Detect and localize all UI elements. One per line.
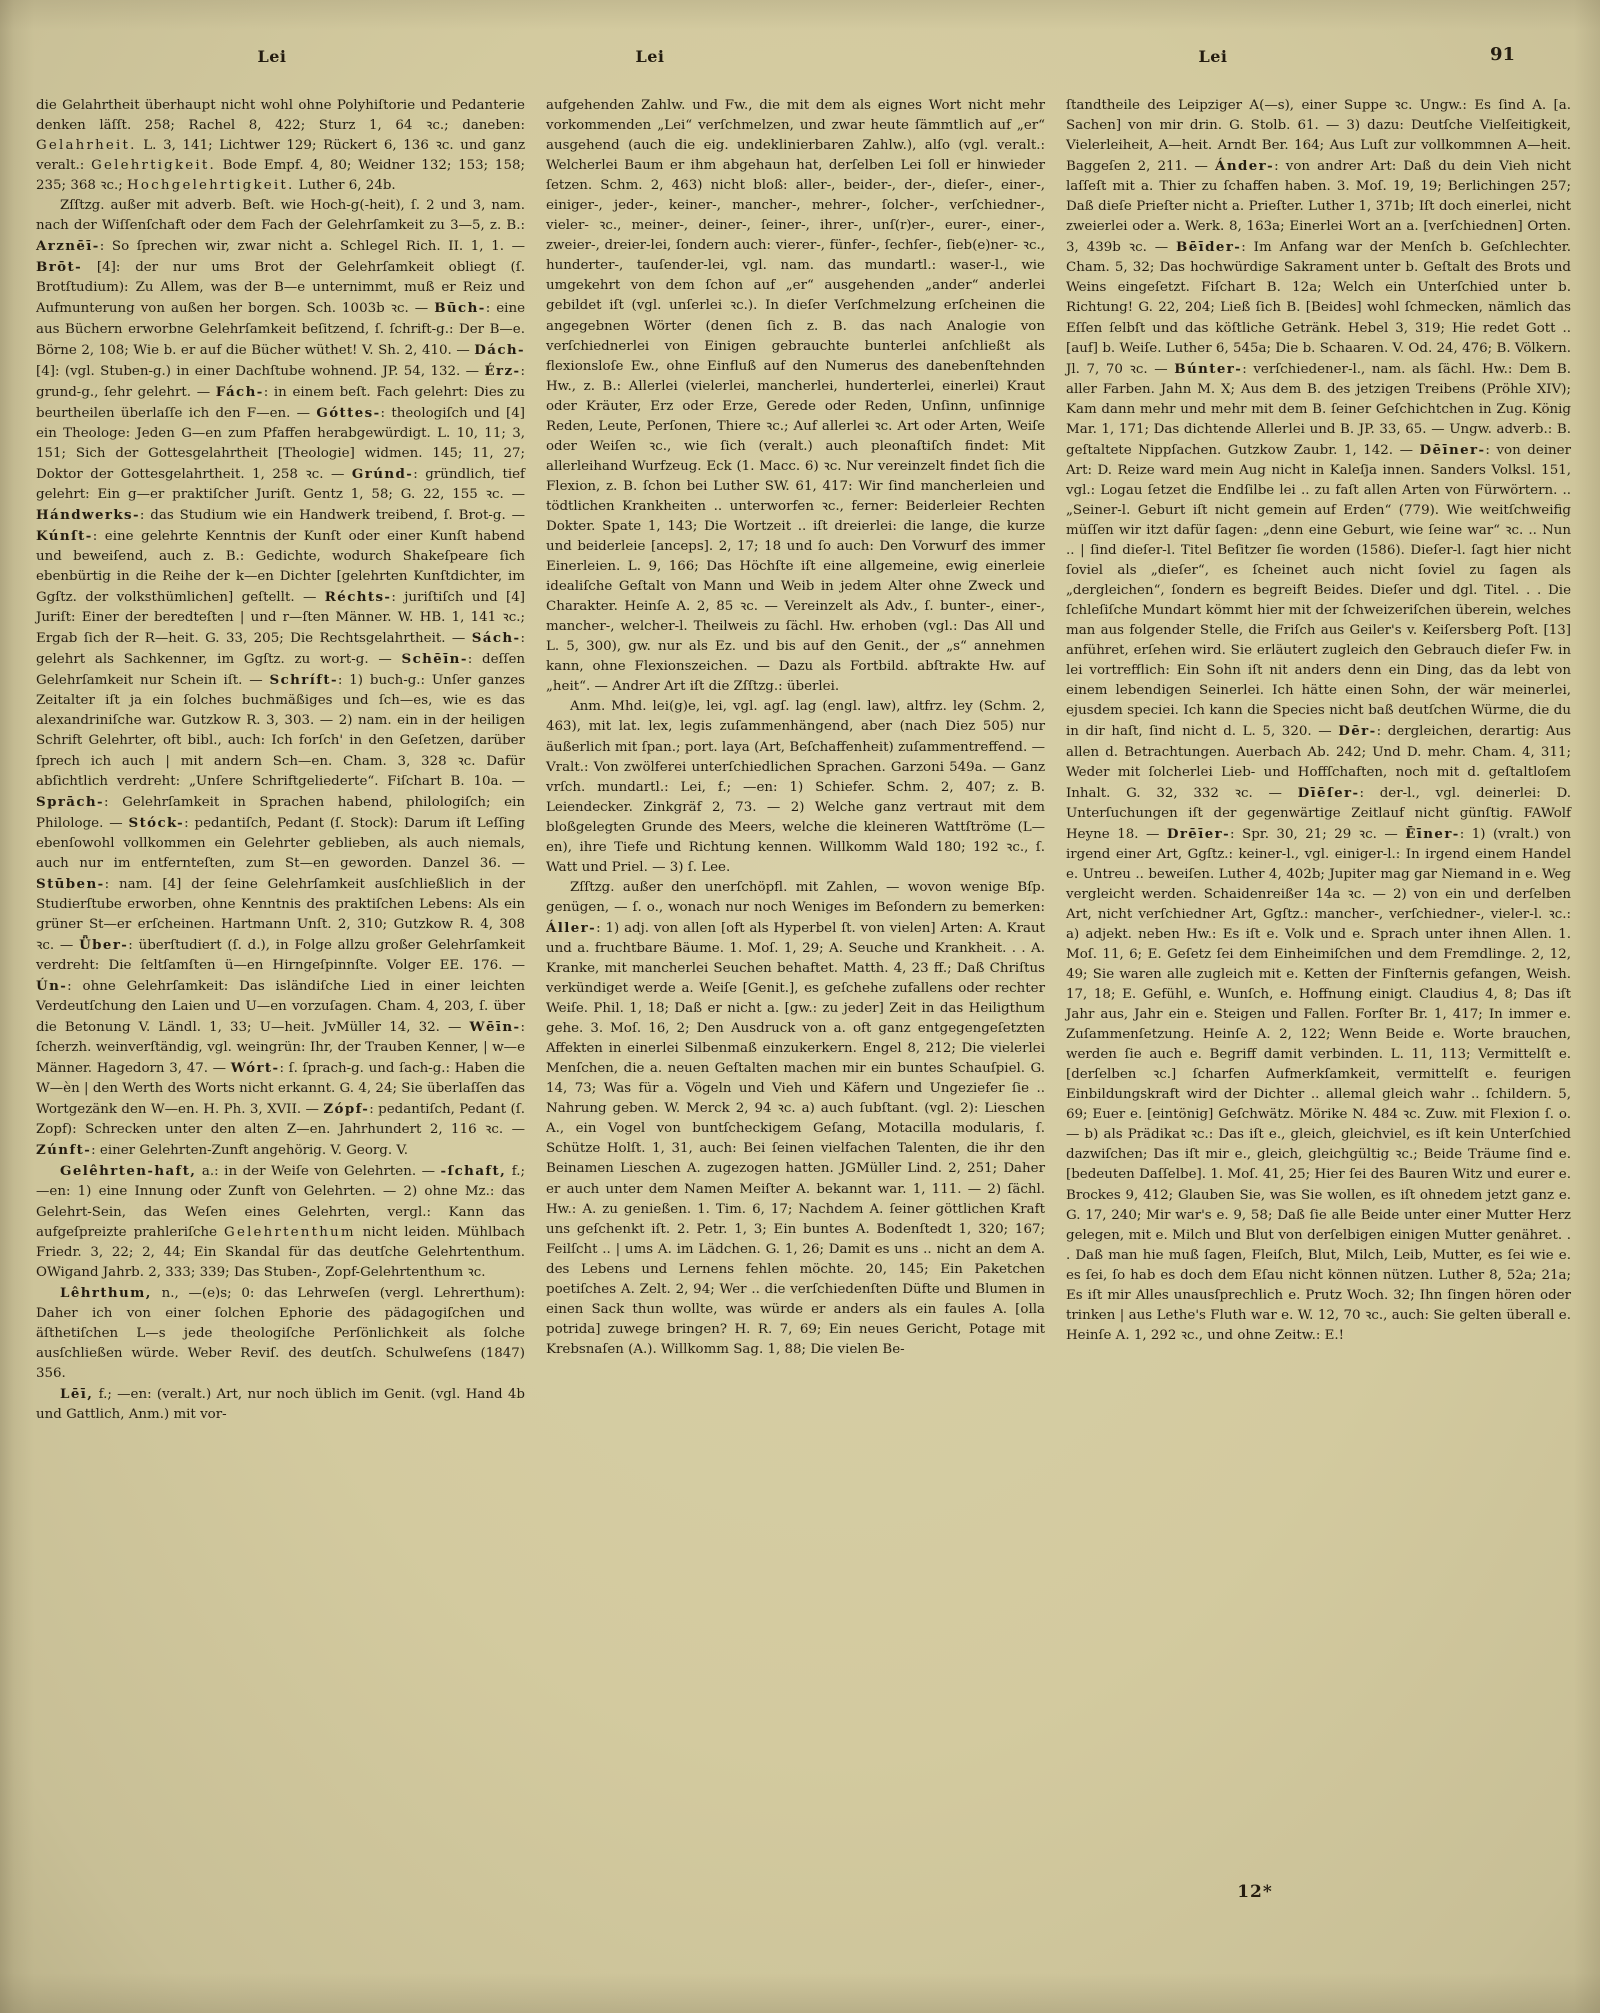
running-head-left: Lei	[257, 47, 286, 66]
scanned-dictionary-page: Lei Lei Lei 91 die Gelahrtheit überhaupt…	[0, 0, 1600, 2013]
paragraph: aufgehenden Zahlw. und Fw., die mit dem …	[546, 96, 1045, 697]
paragraph: Anm. Mhd. lei(g)e, lei, vgl. agſ. lag (e…	[546, 697, 1045, 877]
page-number: 91	[1490, 44, 1515, 65]
paragraph: ſtandtheile des Leipziger A(—s), einer S…	[1066, 96, 1571, 1346]
paragraph: Lēī, f.; —en: (veralt.) Art, nur noch üb…	[36, 1384, 525, 1425]
paragraph: Lêhrthum, n., —(e)s; 0: das Lehrweſen (v…	[36, 1283, 525, 1384]
running-head-center: Lei	[635, 47, 664, 66]
paragraph: Gelêhrten-haft, a.: in der Weiſe von Gel…	[36, 1161, 525, 1282]
column-2: aufgehenden Zahlw. und Fw., die mit dem …	[546, 96, 1045, 1425]
paragraph: Zſſtzg. außer den unerſchöpfl. mit Zahle…	[546, 878, 1045, 1360]
column-1: die Gelahrtheit überhaupt nicht wohl ohn…	[36, 96, 525, 1425]
text-columns: die Gelahrtheit überhaupt nicht wohl ohn…	[36, 96, 1571, 1425]
running-head-right: Lei	[1198, 47, 1227, 66]
column-3: ſtandtheile des Leipziger A(—s), einer S…	[1066, 96, 1571, 1425]
paragraph: die Gelahrtheit überhaupt nicht wohl ohn…	[36, 96, 525, 196]
sheet-signature: 12*	[1155, 1882, 1355, 1902]
paragraph: Zſſtzg. außer mit adverb. Beſt. wie Hoch…	[36, 196, 525, 1161]
